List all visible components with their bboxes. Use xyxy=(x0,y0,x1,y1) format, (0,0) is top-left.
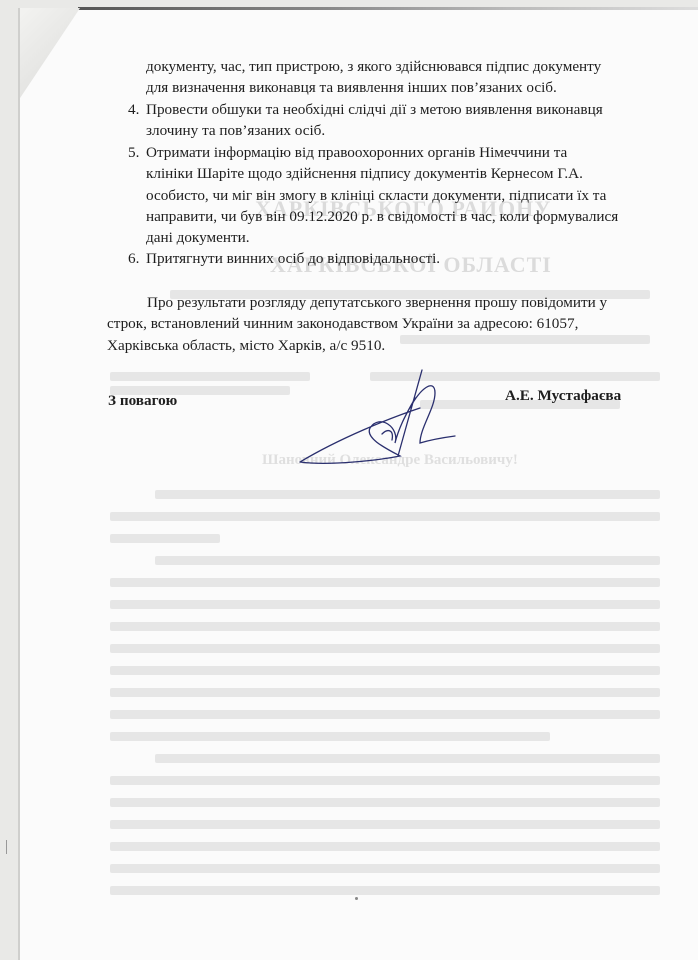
text-line: Харківська область, місто Харків, а/с 95… xyxy=(107,335,667,356)
list-number: 5. xyxy=(128,142,139,163)
speck xyxy=(355,897,358,900)
list-item-6: 6. Притягнути винних осіб до відповідаль… xyxy=(146,248,656,269)
bleed-line xyxy=(110,688,660,697)
text-line: злочину та пов’язаних осіб. xyxy=(146,120,656,141)
text-line: Провести обшуки та необхідні слідчі дії … xyxy=(146,99,656,120)
edge-mark xyxy=(6,840,7,854)
salutation: З повагою xyxy=(108,390,177,411)
bleed-line xyxy=(155,556,660,565)
list-number: 6. xyxy=(128,248,139,269)
bleed-line xyxy=(155,754,660,763)
list-item-5: 5. Отримати інформацію від правоохоронни… xyxy=(146,142,656,248)
bleed-line xyxy=(110,798,660,807)
signatory-name: А.Е. Мустафаєва xyxy=(505,385,621,406)
bleed-line xyxy=(110,864,660,873)
closing-paragraph: Про результати розгляду депутатського зв… xyxy=(107,292,667,356)
bleed-line xyxy=(110,842,660,851)
bleed-line xyxy=(110,820,660,829)
bleed-line xyxy=(110,732,550,741)
bleed-line xyxy=(110,644,660,653)
text-line: особисто, чи міг він змогу в клініці скл… xyxy=(146,185,656,206)
bleed-line xyxy=(110,776,660,785)
bleed-line xyxy=(110,710,660,719)
list-item-3-continuation: документу, час, тип пристрою, з якого зд… xyxy=(146,56,656,99)
text-line: Про результати розгляду депутатського зв… xyxy=(107,292,667,313)
list-number: 4. xyxy=(128,99,139,120)
text-line: Притягнути винних осіб до відповідальнос… xyxy=(146,248,656,269)
bleed-line xyxy=(110,512,660,521)
page-shadow-edge xyxy=(18,8,20,960)
bleed-line xyxy=(110,534,220,543)
text-line: строк, встановлений чинним законодавство… xyxy=(107,313,667,334)
bleed-line xyxy=(110,666,660,675)
text-line: Отримати інформацію від правоохоронних о… xyxy=(146,142,656,163)
text-line: для визначення виконавця та виявлення ін… xyxy=(146,77,656,98)
page-top-edge xyxy=(78,7,698,10)
list-item-4: 4. Провести обшуки та необхідні слідчі д… xyxy=(146,99,656,142)
text-line: дані документи. xyxy=(146,227,656,248)
text-line: направити, чи був він 09.12.2020 р. в св… xyxy=(146,206,656,227)
text-line: клініки Шаріте щодо здійснення підпису д… xyxy=(146,163,656,184)
bleed-line xyxy=(110,886,660,895)
bleed-line xyxy=(110,600,660,609)
bleed-line xyxy=(110,622,660,631)
text-line: документу, час, тип пристрою, з якого зд… xyxy=(146,56,656,77)
bleed-line xyxy=(155,490,660,499)
handwritten-signature xyxy=(270,368,460,468)
bleed-line xyxy=(110,578,660,587)
